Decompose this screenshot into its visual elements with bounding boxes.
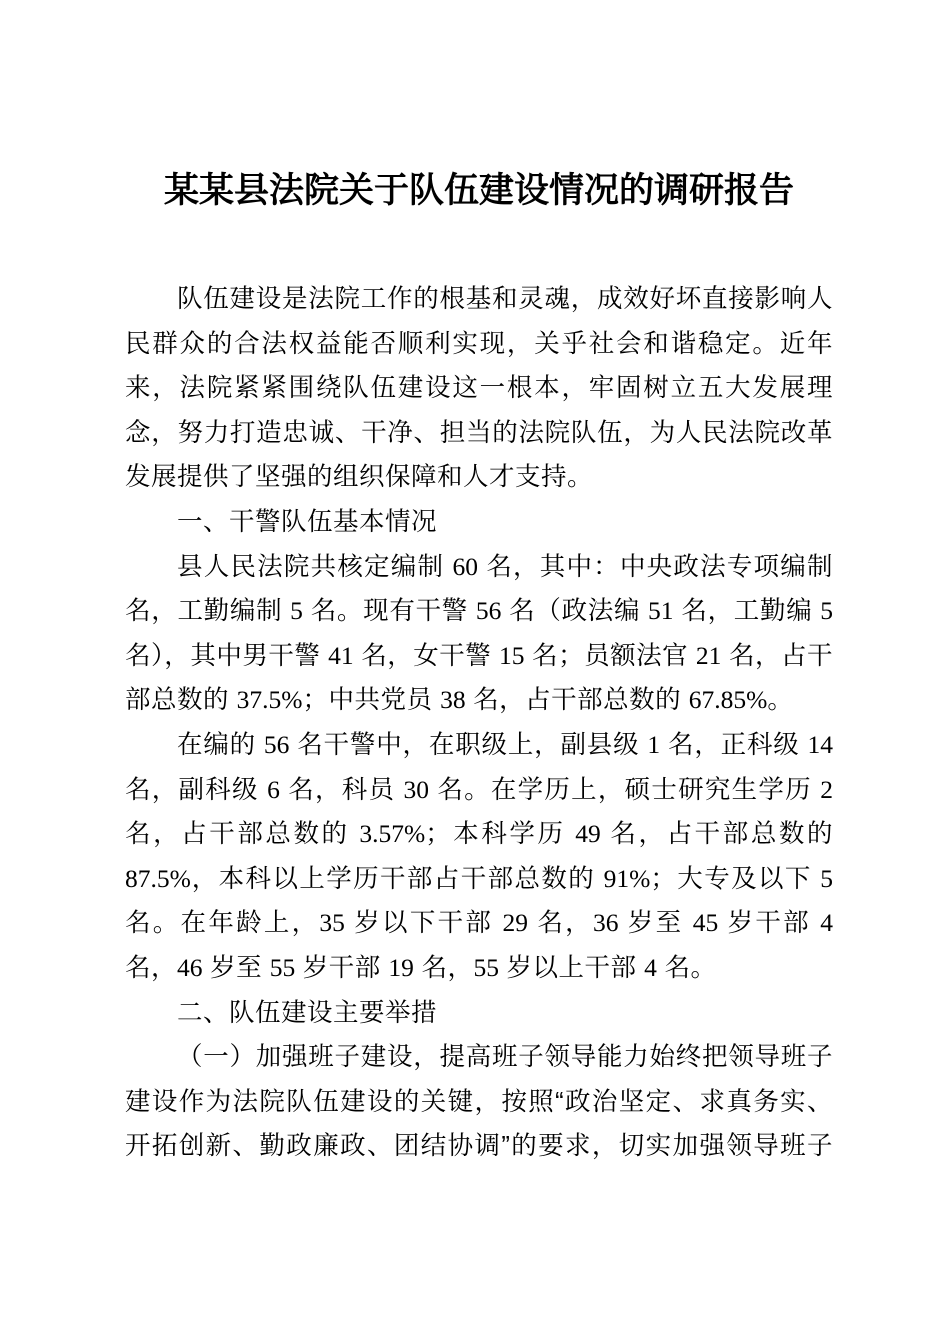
text-line: 名），其中男干警 41 名，女干警 15 名；员额法官 21 名，占干	[125, 634, 833, 679]
text-line: 念，努力打造忠诚、干净、担当的法院队伍，为人民法院改革	[125, 411, 833, 456]
text-line: 建设作为法院队伍建设的关键，按照“政治坚定、求真务实、	[125, 1080, 833, 1125]
text-line: 队伍建设是法院工作的根基和灵魂，成效好坏直接影响人	[125, 277, 833, 322]
document-page: 某某县法院关于队伍建设情况的调研报告 队伍建设是法院工作的根基和灵魂，成效好坏直…	[0, 0, 950, 1344]
text-line: 民群众的合法权益能否顺利实现，关乎社会和谐稳定。近年	[125, 322, 833, 367]
text-line: 开拓创新、勤政廉政、团结协调”的要求，切实加强领导班子	[125, 1124, 833, 1169]
text-line: 87.5%，本科以上学历干部占干部总数的 91%；大专及以下 5	[125, 857, 833, 902]
text-line: （一）加强班子建设，提高班子领导能力始终把领导班子	[125, 1035, 833, 1080]
text-line: 县人民法院共核定编制 60 名，其中：中央政法专项编制 55	[125, 545, 833, 590]
text-line: 名。在年龄上，35 岁以下干部 29 名，36 岁至 45 岁干部 4	[125, 901, 833, 946]
text-line: 在编的 56 名干警中，在职级上，副县级 1 名，正科级 14	[125, 723, 833, 768]
text-line: 部总数的 37.5%；中共党员 38 名，占干部总数的 67.85%。	[125, 678, 833, 723]
text-line: 名，占干部总数的 3.57%；本科学历 49 名，占干部总数的	[125, 812, 833, 857]
document-body: 队伍建设是法院工作的根基和灵魂，成效好坏直接影响人 民群众的合法权益能否顺利实现…	[125, 277, 833, 1169]
document-title: 某某县法院关于队伍建设情况的调研报告	[125, 166, 833, 216]
section-heading: 一、干警队伍基本情况	[125, 500, 833, 545]
text-line: 来，法院紧紧围绕队伍建设这一根本，牢固树立五大发展理	[125, 366, 833, 411]
text-line: 名，46 岁至 55 岁干部 19 名，55 岁以上干部 4 名。	[125, 946, 833, 991]
text-line: 发展提供了坚强的组织保障和人才支持。	[125, 455, 833, 500]
section-heading: 二、队伍建设主要举措	[125, 991, 833, 1036]
text-line: 名，副科级 6 名，科员 30 名。在学历上，硕士研究生学历 2	[125, 768, 833, 813]
text-line: 名，工勤编制 5 名。现有干警 56 名（政法编 51 名，工勤编 5	[125, 589, 833, 634]
